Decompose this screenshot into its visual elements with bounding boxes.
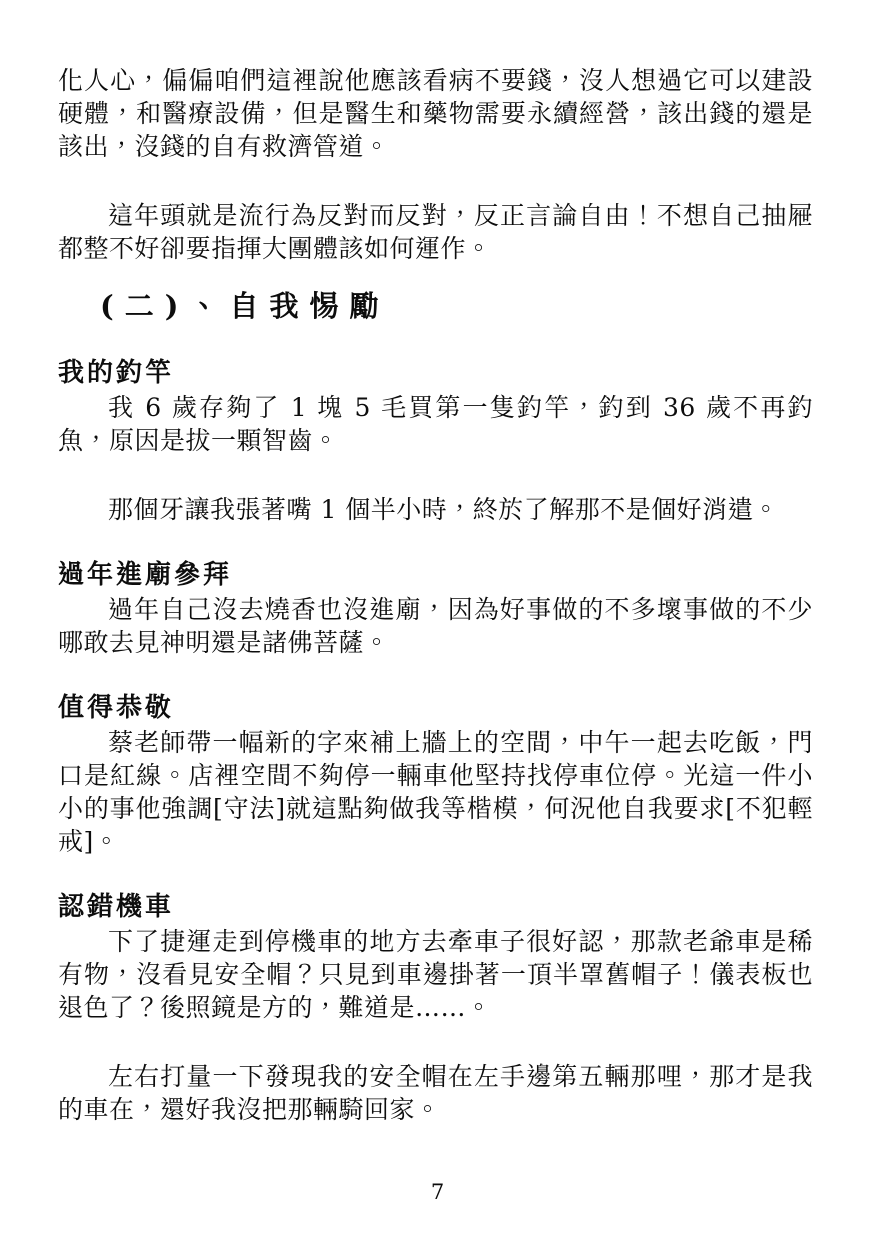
paragraph: 左右打量一下發現我的安全帽在左手邊第五輛那哩，那才是我的車在，還好我沒把那輛騎回…: [58, 1060, 813, 1126]
page-number: 7: [0, 1180, 875, 1204]
subsection-worthy-of-respect: 值得恭敬 蔡老師帶一幅新的字來補上牆上的空間，中午一起去吃飯，門口是紅線。店裡空…: [58, 692, 813, 858]
section-heading: (二)、自我惕勵: [100, 288, 813, 324]
paragraph: 蔡老師帶一幅新的字來補上牆上的空間，中午一起去吃飯，門口是紅線。店裡空間不夠停一…: [58, 726, 813, 858]
subsection-fishing-rod: 我的釣竿 我 6 歲存夠了 1 塊 5 毛買第一隻釣竿，釣到 36 歲不再釣魚，…: [58, 357, 813, 526]
paragraph: 這年頭就是流行為反對而反對，反正言論自由！不想自己抽屜都整不好卻要指揮大團體該如…: [58, 199, 813, 265]
paragraph: 那個牙讓我張著嘴 1 個半小時，終於了解那不是個好消遣。: [58, 493, 813, 526]
subsection-wrong-scooter: 認錯機車 下了捷運走到停機車的地方去牽車子很好認，那款老爺車是稀有物，沒看見安全…: [58, 891, 813, 1126]
paragraph-continued: 化人心，偏偏咱們這裡說他應該看病不要錢，沒人想過它可以建設硬體，和醫療設備，但是…: [58, 64, 813, 163]
document-page: 化人心，偏偏咱們這裡說他應該看病不要錢，沒人想過它可以建設硬體，和醫療設備，但是…: [0, 0, 875, 1240]
paragraph: 下了捷運走到停機車的地方去牽車子很好認，那款老爺車是稀有物，沒看見安全帽？只見到…: [58, 925, 813, 1024]
paragraph: 過年自己沒去燒香也沒進廟，因為好事做的不多壞事做的不少哪敢去見神明還是諸佛菩薩。: [58, 593, 813, 659]
paragraph: 我 6 歲存夠了 1 塊 5 毛買第一隻釣竿，釣到 36 歲不再釣魚，原因是拔一…: [58, 391, 813, 457]
subsection-title: 認錯機車: [58, 891, 813, 924]
subsection-temple-visit: 過年進廟參拜 過年自己沒去燒香也沒進廟，因為好事做的不多壞事做的不少哪敢去見神明…: [58, 559, 813, 659]
subsection-title: 過年進廟參拜: [58, 559, 813, 592]
subsection-title: 值得恭敬: [58, 692, 813, 725]
page-body: 化人心，偏偏咱們這裡說他應該看病不要錢，沒人想過它可以建設硬體，和醫療設備，但是…: [58, 64, 813, 1126]
subsection-title: 我的釣竿: [58, 357, 813, 390]
